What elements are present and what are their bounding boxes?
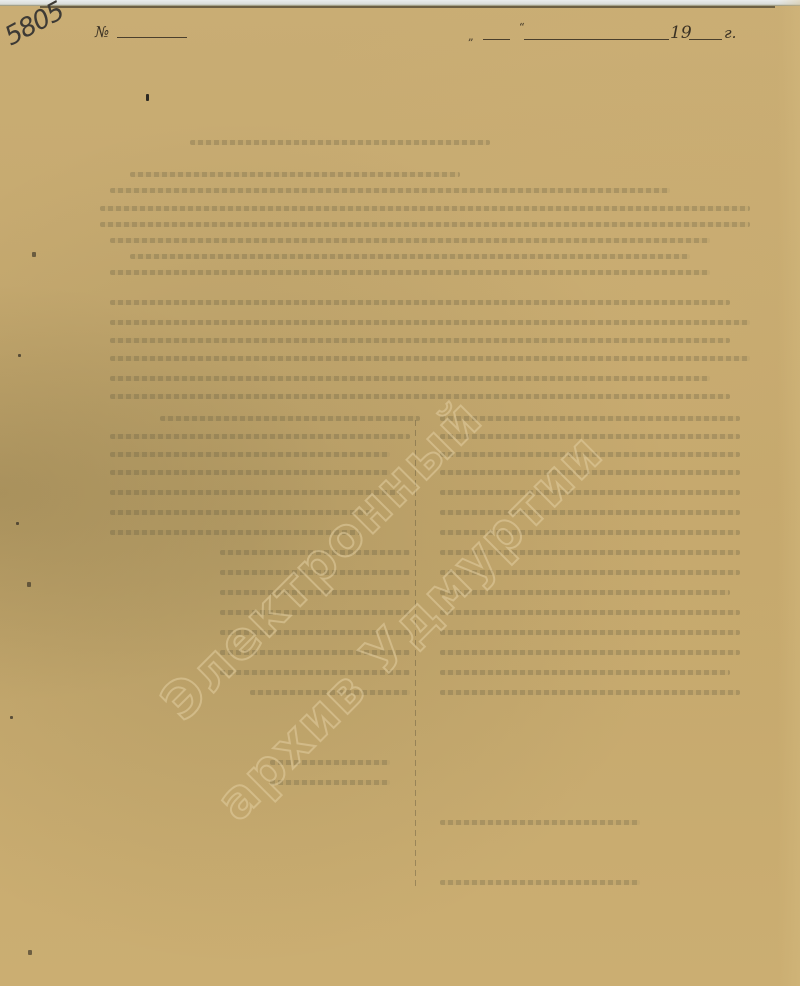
bleed-column-divider xyxy=(415,420,416,890)
scan-right-edge xyxy=(778,0,800,986)
bleed-text-row xyxy=(440,590,730,595)
bleed-text-row xyxy=(190,140,490,145)
bleed-text-row xyxy=(220,570,410,575)
bleed-text-row xyxy=(110,530,360,535)
bleed-text-row xyxy=(440,452,740,457)
bleed-text-row xyxy=(440,650,740,655)
bleed-text-row xyxy=(440,880,640,885)
bleed-text-row xyxy=(110,490,400,495)
ink-mark xyxy=(27,582,31,587)
bleed-text-row xyxy=(110,470,390,475)
bleed-text-row xyxy=(110,238,710,243)
bleed-text-row xyxy=(440,630,740,635)
bleed-text-row xyxy=(100,206,750,211)
bleed-text-row xyxy=(440,490,740,495)
bleed-through-text xyxy=(70,120,770,880)
bleed-text-row xyxy=(220,590,410,595)
date-open-quote: „ xyxy=(468,30,474,43)
bleed-text-row xyxy=(220,550,410,555)
bleed-text-row xyxy=(440,550,740,555)
date-month-line xyxy=(524,39,669,40)
bleed-text-row xyxy=(220,610,410,615)
bleed-text-row xyxy=(440,610,740,615)
handwritten-archive-number: 5805 xyxy=(0,0,69,52)
bleed-text-row xyxy=(110,376,710,381)
bleed-text-row xyxy=(160,416,420,421)
bleed-text-row xyxy=(110,394,730,399)
bleed-text-row xyxy=(270,760,390,765)
number-field-label: № xyxy=(95,23,109,41)
ink-mark xyxy=(16,522,19,525)
number-field-line xyxy=(117,37,187,38)
bleed-text-row xyxy=(270,780,390,785)
bleed-text-row xyxy=(250,690,410,695)
date-year-line xyxy=(689,39,722,40)
date-close-quote: “ xyxy=(519,21,525,34)
bleed-text-row xyxy=(440,510,740,515)
date-year-suffix: г. xyxy=(724,24,736,42)
ink-mark xyxy=(18,354,21,357)
bleed-text-row xyxy=(220,670,410,675)
bleed-text-row xyxy=(110,300,730,305)
bleed-text-row xyxy=(110,356,750,361)
bleed-text-row xyxy=(440,570,740,575)
bleed-text-row xyxy=(100,222,750,227)
ink-mark xyxy=(28,950,32,955)
bleed-text-row xyxy=(440,690,740,695)
ink-mark xyxy=(32,252,36,257)
bleed-text-row xyxy=(130,254,690,259)
top-border-rule xyxy=(40,6,775,8)
date-day-line xyxy=(483,39,510,40)
bleed-text-row xyxy=(110,434,410,439)
ink-mark xyxy=(10,716,13,719)
bleed-text-row xyxy=(130,172,460,177)
bleed-text-row xyxy=(220,630,410,635)
bleed-text-row xyxy=(440,670,730,675)
date-year-prefix: 19 xyxy=(670,23,692,43)
bleed-text-row xyxy=(110,270,710,275)
bleed-text-row xyxy=(440,434,740,439)
bleed-text-row xyxy=(110,510,370,515)
bleed-text-row xyxy=(220,650,410,655)
date-field: „ “ 19 г. xyxy=(468,24,768,48)
bleed-text-row xyxy=(440,530,740,535)
bleed-text-row xyxy=(440,416,740,421)
document-page: 5805 № „ “ 19 г. Электронный архив Удмур… xyxy=(0,0,800,986)
bleed-text-row xyxy=(110,320,750,325)
bleed-text-row xyxy=(110,338,730,343)
bleed-text-row xyxy=(110,188,670,193)
ink-mark xyxy=(146,94,149,101)
bleed-text-row xyxy=(110,452,390,457)
bleed-text-row xyxy=(440,470,740,475)
bleed-text-row xyxy=(440,820,640,825)
